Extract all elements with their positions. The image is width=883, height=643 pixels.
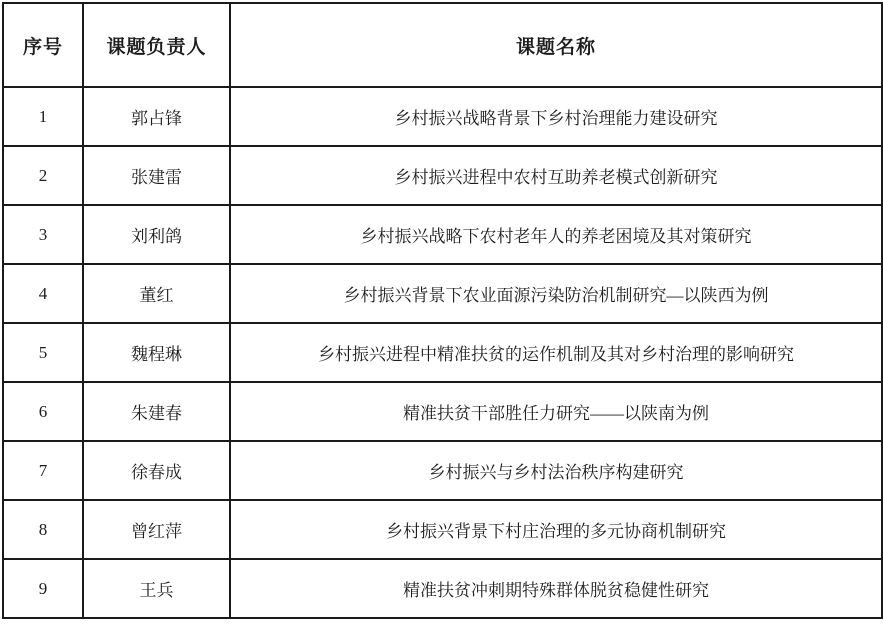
row-index-cell: 4 <box>3 264 83 323</box>
table-row: 6 朱建春 精准扶贫干部胜任力研究——以陕南为例 <box>3 382 882 441</box>
table-row: 2 张建雷 乡村振兴进程中农村互助养老模式创新研究 <box>3 146 882 205</box>
row-title-cell: 乡村振兴与乡村法治秩序构建研究 <box>230 441 882 500</box>
table-row: 7 徐春成 乡村振兴与乡村法治秩序构建研究 <box>3 441 882 500</box>
table-row: 4 董红 乡村振兴背景下农业面源污染防治机制研究—以陕西为例 <box>3 264 882 323</box>
col-header-title: 课题名称 <box>230 3 882 87</box>
row-title-cell: 乡村振兴背景下村庄治理的多元协商机制研究 <box>230 500 882 559</box>
row-leader-cell: 朱建春 <box>83 382 230 441</box>
row-leader-cell: 郭占锋 <box>83 87 230 146</box>
row-index-cell: 7 <box>3 441 83 500</box>
row-index-cell: 6 <box>3 382 83 441</box>
row-leader-cell: 刘利鸽 <box>83 205 230 264</box>
row-leader-cell: 魏程琳 <box>83 323 230 382</box>
row-leader-cell: 徐春成 <box>83 441 230 500</box>
header-row: 序号 课题负责人 课题名称 <box>3 3 882 87</box>
row-leader-cell: 张建雷 <box>83 146 230 205</box>
row-title-cell: 精准扶贫干部胜任力研究——以陕南为例 <box>230 382 882 441</box>
table-row: 5 魏程琳 乡村振兴进程中精准扶贫的运作机制及其对乡村治理的影响研究 <box>3 323 882 382</box>
table-header: 序号 课题负责人 课题名称 <box>3 3 882 87</box>
table-body: 1 郭占锋 乡村振兴战略背景下乡村治理能力建设研究 2 张建雷 乡村振兴进程中农… <box>3 87 882 618</box>
table-row: 3 刘利鸽 乡村振兴战略下农村老年人的养老困境及其对策研究 <box>3 205 882 264</box>
row-index-cell: 9 <box>3 559 83 618</box>
row-title-cell: 乡村振兴进程中精准扶贫的运作机制及其对乡村治理的影响研究 <box>230 323 882 382</box>
col-header-index: 序号 <box>3 3 83 87</box>
table-row: 1 郭占锋 乡村振兴战略背景下乡村治理能力建设研究 <box>3 87 882 146</box>
row-title-cell: 乡村振兴背景下农业面源污染防治机制研究—以陕西为例 <box>230 264 882 323</box>
row-index-cell: 8 <box>3 500 83 559</box>
row-leader-cell: 王兵 <box>83 559 230 618</box>
table-row: 8 曾红萍 乡村振兴背景下村庄治理的多元协商机制研究 <box>3 500 882 559</box>
row-title-cell: 乡村振兴战略下农村老年人的养老困境及其对策研究 <box>230 205 882 264</box>
row-index-cell: 5 <box>3 323 83 382</box>
page-canvas: 序号 课题负责人 课题名称 1 郭占锋 乡村振兴战略背景下乡村治理能力建设研究 … <box>0 0 883 643</box>
row-title-cell: 精准扶贫冲刺期特殊群体脱贫稳健性研究 <box>230 559 882 618</box>
row-index-cell: 3 <box>3 205 83 264</box>
table-row: 9 王兵 精准扶贫冲刺期特殊群体脱贫稳健性研究 <box>3 559 882 618</box>
row-leader-cell: 董红 <box>83 264 230 323</box>
row-index-cell: 1 <box>3 87 83 146</box>
projects-table: 序号 课题负责人 课题名称 1 郭占锋 乡村振兴战略背景下乡村治理能力建设研究 … <box>2 2 883 619</box>
col-header-leader: 课题负责人 <box>83 3 230 87</box>
row-title-cell: 乡村振兴战略背景下乡村治理能力建设研究 <box>230 87 882 146</box>
row-title-cell: 乡村振兴进程中农村互助养老模式创新研究 <box>230 146 882 205</box>
row-leader-cell: 曾红萍 <box>83 500 230 559</box>
row-index-cell: 2 <box>3 146 83 205</box>
